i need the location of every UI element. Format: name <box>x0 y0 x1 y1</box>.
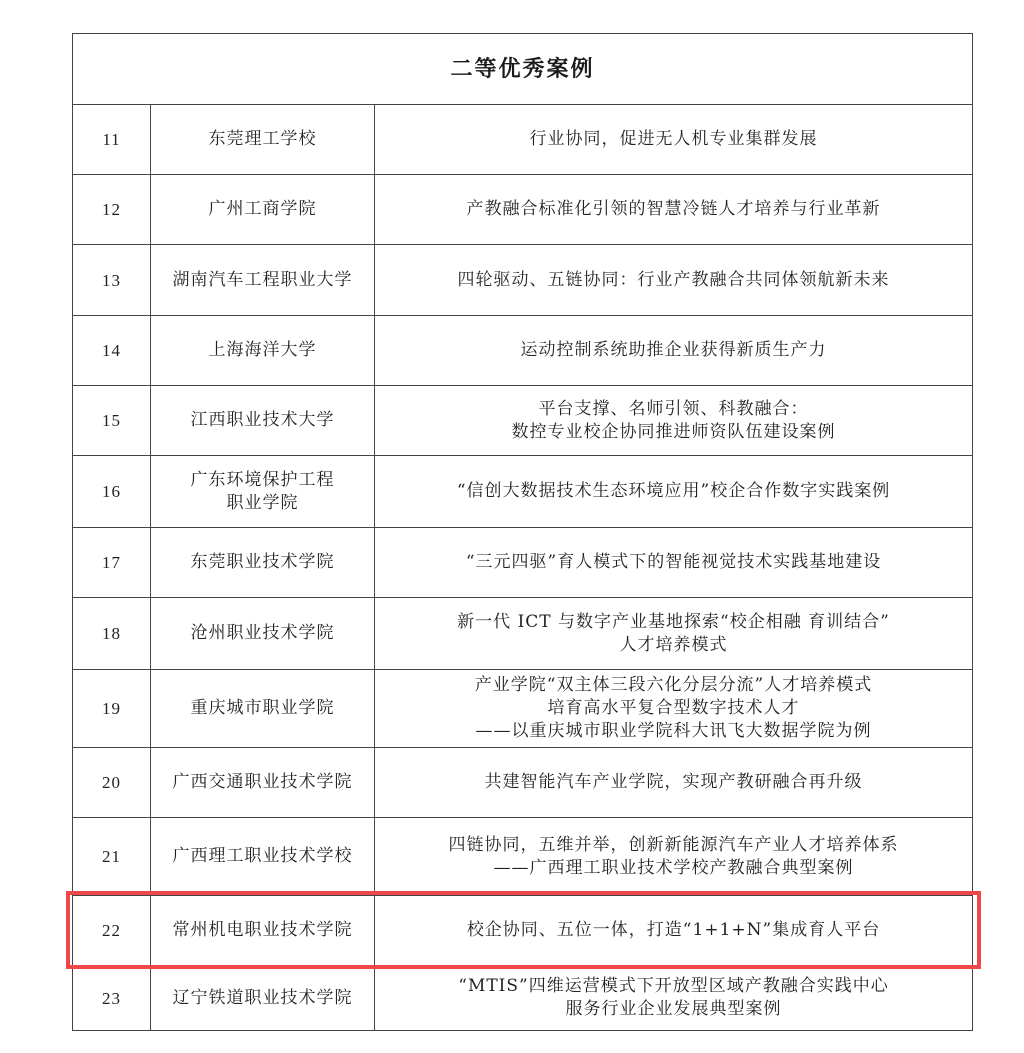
case-title: “MTIS”四维运营模式下开放型区域产教融合实践中心服务行业企业发展典型案例 <box>375 966 973 1031</box>
institution-name-line: 广州工商学院 <box>155 198 370 221</box>
table-row: 16广东环境保护工程职业学院“信创大数据技术生态环境应用”校企合作数字实践案例 <box>73 456 973 528</box>
case-title: 运动控制系统助推企业获得新质生产力 <box>375 316 973 386</box>
institution-name-line: 江西职业技术大学 <box>155 409 370 432</box>
table-row: 13湖南汽车工程职业大学四轮驱动、五链协同：行业产教融合共同体领航新未来 <box>73 245 973 316</box>
institution-name: 湖南汽车工程职业大学 <box>151 245 375 316</box>
institution-name: 东莞职业技术学院 <box>151 528 375 598</box>
table-row: 15江西职业技术大学平台支撑、名师引领、科教融合：数控专业校企协同推进师资队伍建… <box>73 386 973 456</box>
institution-name-line: 湖南汽车工程职业大学 <box>155 269 370 292</box>
institution-name-line: 东莞理工学校 <box>155 128 370 151</box>
case-title-line: 新一代 ICT 与数字产业基地探索“校企相融 育训结合” <box>379 611 968 634</box>
institution-name: 重庆城市职业学院 <box>151 670 375 748</box>
section-title-row: 二等优秀案例 <box>73 34 973 105</box>
case-title-line: “MTIS”四维运营模式下开放型区域产教融合实践中心 <box>379 975 968 998</box>
institution-name-line: 广西交通职业技术学院 <box>155 771 370 794</box>
award-cases-table: 二等优秀案例 11东莞理工学校行业协同，促进无人机专业集群发展12广州工商学院产… <box>72 33 973 1031</box>
institution-name: 东莞理工学校 <box>151 105 375 175</box>
institution-name: 广西交通职业技术学院 <box>151 748 375 818</box>
table-row: 23辽宁铁道职业技术学院“MTIS”四维运营模式下开放型区域产教融合实践中心服务… <box>73 966 973 1031</box>
case-title-line: 平台支撑、名师引领、科教融合： <box>379 398 968 421</box>
row-number: 22 <box>73 896 151 966</box>
case-title: 平台支撑、名师引领、科教融合：数控专业校企协同推进师资队伍建设案例 <box>375 386 973 456</box>
case-title-line: 培育高水平复合型数字技术人才 <box>379 697 968 720</box>
table-row: 20广西交通职业技术学院共建智能汽车产业学院，实现产教研融合再升级 <box>73 748 973 818</box>
table-row: 11东莞理工学校行业协同，促进无人机专业集群发展 <box>73 105 973 175</box>
case-title: “三元四驱”育人模式下的智能视觉技术实践基地建设 <box>375 528 973 598</box>
case-title: 校企协同、五位一体，打造“1+1+N”集成育人平台 <box>375 896 973 966</box>
row-number: 20 <box>73 748 151 818</box>
row-number: 14 <box>73 316 151 386</box>
table-row: 14上海海洋大学运动控制系统助推企业获得新质生产力 <box>73 316 973 386</box>
institution-name: 广西理工职业技术学校 <box>151 818 375 896</box>
case-title-line: “信创大数据技术生态环境应用”校企合作数字实践案例 <box>379 480 968 503</box>
case-title-line: ——广西理工职业技术学校产教融合典型案例 <box>379 857 968 880</box>
table-row: 21广西理工职业技术学校四链协同，五维并举，创新新能源汽车产业人才培养体系——广… <box>73 818 973 896</box>
row-number: 15 <box>73 386 151 456</box>
case-title-line: “三元四驱”育人模式下的智能视觉技术实践基地建设 <box>379 551 968 574</box>
institution-name: 上海海洋大学 <box>151 316 375 386</box>
institution-name-line: 广东环境保护工程 <box>155 469 370 492</box>
row-number: 16 <box>73 456 151 528</box>
table-row: 17东莞职业技术学院“三元四驱”育人模式下的智能视觉技术实践基地建设 <box>73 528 973 598</box>
case-title: 共建智能汽车产业学院，实现产教研融合再升级 <box>375 748 973 818</box>
case-title-line: 四链协同，五维并举，创新新能源汽车产业人才培养体系 <box>379 834 968 857</box>
case-title: 四链协同，五维并举，创新新能源汽车产业人才培养体系——广西理工职业技术学校产教融… <box>375 818 973 896</box>
institution-name: 广东环境保护工程职业学院 <box>151 456 375 528</box>
row-number: 18 <box>73 598 151 670</box>
row-number: 11 <box>73 105 151 175</box>
case-title-line: 产教融合标准化引领的智慧冷链人才培养与行业革新 <box>379 198 968 221</box>
table-row: 12广州工商学院产教融合标准化引领的智慧冷链人才培养与行业革新 <box>73 175 973 245</box>
institution-name: 辽宁铁道职业技术学院 <box>151 966 375 1031</box>
case-title: 四轮驱动、五链协同：行业产教融合共同体领航新未来 <box>375 245 973 316</box>
table-row: 22常州机电职业技术学院校企协同、五位一体，打造“1+1+N”集成育人平台 <box>73 896 973 966</box>
institution-name-line: 重庆城市职业学院 <box>155 697 370 720</box>
case-title: “信创大数据技术生态环境应用”校企合作数字实践案例 <box>375 456 973 528</box>
case-title-line: 产业学院“双主体三段六化分层分流”人才培养模式 <box>379 674 968 697</box>
institution-name: 广州工商学院 <box>151 175 375 245</box>
section-title: 二等优秀案例 <box>73 34 973 105</box>
institution-name-line: 东莞职业技术学院 <box>155 551 370 574</box>
case-title-line: 共建智能汽车产业学院，实现产教研融合再升级 <box>379 771 968 794</box>
case-title: 新一代 ICT 与数字产业基地探索“校企相融 育训结合”人才培养模式 <box>375 598 973 670</box>
institution-name: 沧州职业技术学院 <box>151 598 375 670</box>
institution-name-line: 沧州职业技术学院 <box>155 622 370 645</box>
case-title: 产教融合标准化引领的智慧冷链人才培养与行业革新 <box>375 175 973 245</box>
institution-name-line: 广西理工职业技术学校 <box>155 845 370 868</box>
table-row: 18沧州职业技术学院新一代 ICT 与数字产业基地探索“校企相融 育训结合”人才… <box>73 598 973 670</box>
case-title-line: 四轮驱动、五链协同：行业产教融合共同体领航新未来 <box>379 269 968 292</box>
institution-name: 江西职业技术大学 <box>151 386 375 456</box>
row-number: 12 <box>73 175 151 245</box>
row-number: 23 <box>73 966 151 1031</box>
table-row: 19重庆城市职业学院产业学院“双主体三段六化分层分流”人才培养模式培育高水平复合… <box>73 670 973 748</box>
case-title-line: 行业协同，促进无人机专业集群发展 <box>379 128 968 151</box>
case-title: 行业协同，促进无人机专业集群发展 <box>375 105 973 175</box>
row-number: 21 <box>73 818 151 896</box>
case-title-line: ——以重庆城市职业学院科大讯飞大数据学院为例 <box>379 720 968 743</box>
institution-name-line: 辽宁铁道职业技术学院 <box>155 987 370 1010</box>
row-number: 17 <box>73 528 151 598</box>
row-number: 13 <box>73 245 151 316</box>
case-title-line: 人才培养模式 <box>379 634 968 657</box>
case-title-line: 运动控制系统助推企业获得新质生产力 <box>379 339 968 362</box>
case-title-line: 校企协同、五位一体，打造“1+1+N”集成育人平台 <box>379 919 968 942</box>
case-title-line: 服务行业企业发展典型案例 <box>379 998 968 1021</box>
case-title: 产业学院“双主体三段六化分层分流”人才培养模式培育高水平复合型数字技术人才——以… <box>375 670 973 748</box>
institution-name: 常州机电职业技术学院 <box>151 896 375 966</box>
case-title-line: 数控专业校企协同推进师资队伍建设案例 <box>379 421 968 444</box>
institution-name-line: 职业学院 <box>155 492 370 515</box>
row-number: 19 <box>73 670 151 748</box>
institution-name-line: 常州机电职业技术学院 <box>155 919 370 942</box>
institution-name-line: 上海海洋大学 <box>155 339 370 362</box>
